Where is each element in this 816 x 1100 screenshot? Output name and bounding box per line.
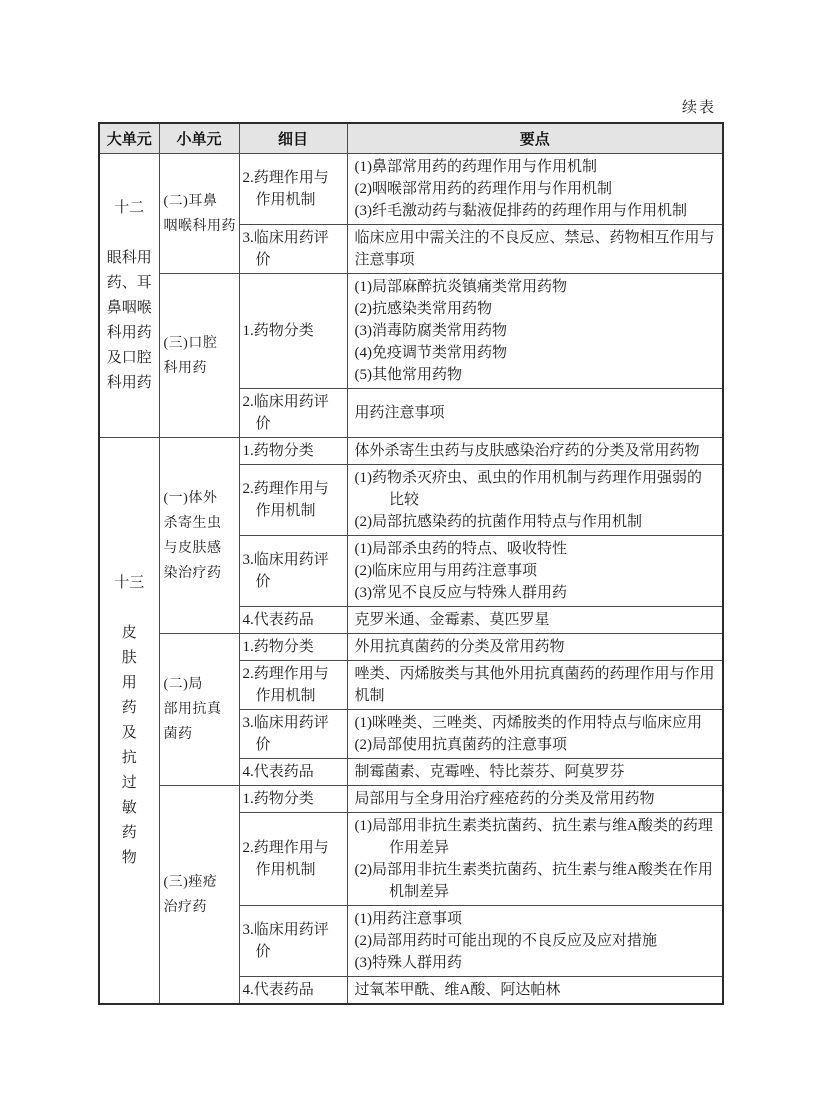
detail-cell: 3.临床用药评价: [239, 906, 347, 977]
point-line: 克罗米通、金霉素、莫匹罗星: [355, 609, 716, 631]
major-unit-cell: 十二 眼科用 药、耳 鼻咽喉 科用药 及口腔 科用药: [99, 154, 159, 438]
subsection-cell: (二)局 部用抗真 菌药: [159, 634, 239, 786]
points-cell: (1)局部用非抗生素类抗菌药、抗生素与维A酸类的药理作用差异(2)局部用非抗生素…: [347, 813, 723, 906]
header-row: 大单元 小单元 细目 要点: [99, 123, 723, 154]
point-line: (1)咪唑类、三唑类、丙烯胺类的作用特点与临床应用: [355, 712, 716, 734]
table-row: (三)口腔 科用药1.药物分类(1)局部麻醉抗炎镇痛类常用药物(2)抗感染类常用…: [99, 274, 723, 389]
point-line: (2)局部使用抗真菌药的注意事项: [355, 734, 716, 756]
point-line: (2)临床应用与用药注意事项: [355, 560, 716, 582]
points-cell: 临床应用中需关注的不良反应、禁忌、药物相互作用与注意事项: [347, 225, 723, 274]
major-unit-cell: 十三 皮 肤 用 药 及 抗 过 敏 药 物: [99, 438, 159, 1005]
point-line: 外用抗真菌药的分类及常用药物: [355, 636, 716, 658]
detail-text: 2.药理作用与作用机制: [243, 837, 344, 881]
detail-cell: 4.代表药品: [239, 759, 347, 786]
document-page: 续表 大单元 小单元 细目 要点 十二 眼科用 药、耳 鼻咽喉 科用药 及口腔 …: [0, 0, 816, 1100]
detail-cell: 2.药理作用与作用机制: [239, 813, 347, 906]
points-cell: (1)局部麻醉抗炎镇痛类常用药物(2)抗感染类常用药物(3)消毒防腐类常用药物(…: [347, 274, 723, 389]
point-line: (2)局部用药时可能出现的不良反应及应对措施: [355, 930, 716, 952]
points-cell: (1)鼻部常用药的药理作用与作用机制(2)咽喉部常用药的药理作用与作用机制(3)…: [347, 154, 723, 225]
point-line: (3)特殊人群用药: [355, 952, 716, 974]
detail-cell: 3.临床用药评价: [239, 710, 347, 759]
detail-text: 2.药理作用与作用机制: [243, 663, 344, 707]
detail-cell: 2.药理作用与作用机制: [239, 465, 347, 536]
table-header: 大单元 小单元 细目 要点: [99, 123, 723, 154]
detail-text: 2.药理作用与作用机制: [243, 478, 344, 522]
detail-cell: 1.药物分类: [239, 438, 347, 465]
detail-cell: 4.代表药品: [239, 977, 347, 1005]
point-line: (1)药物杀灭疥虫、虱虫的作用机制与药理作用强弱的比较: [355, 467, 716, 511]
detail-text: 3.临床用药评价: [243, 227, 344, 271]
detail-cell: 1.药物分类: [239, 634, 347, 661]
point-line: 唑类、丙烯胺类与其他外用抗真菌药的药理作用与作用机制: [355, 663, 716, 707]
points-cell: 体外杀寄生虫药与皮肤感染治疗药的分类及常用药物: [347, 438, 723, 465]
point-line: (2)咽喉部常用药的药理作用与作用机制: [355, 178, 716, 200]
col-header-minor-unit: 小单元: [159, 123, 239, 154]
points-cell: 用药注意事项: [347, 389, 723, 438]
points-cell: 克罗米通、金霉素、莫匹罗星: [347, 607, 723, 634]
point-line: (3)常见不良反应与特殊人群用药: [355, 582, 716, 604]
points-cell: (1)局部杀虫药的特点、吸收特性(2)临床应用与用药注意事项(3)常见不良反应与…: [347, 536, 723, 607]
detail-text: 3.临床用药评价: [243, 712, 344, 756]
col-header-detail: 细目: [239, 123, 347, 154]
points-cell: 制霉菌素、克霉唑、特比萘芬、阿莫罗芬: [347, 759, 723, 786]
points-cell: (1)咪唑类、三唑类、丙烯胺类的作用特点与临床应用(2)局部使用抗真菌药的注意事…: [347, 710, 723, 759]
detail-text: 4.代表药品: [243, 761, 344, 783]
point-line: (2)抗感染类常用药物: [355, 298, 716, 320]
table-row: 十三 皮 肤 用 药 及 抗 过 敏 药 物(一)体外 杀寄生虫 与皮肤感 染治…: [99, 438, 723, 465]
table-row: 十二 眼科用 药、耳 鼻咽喉 科用药 及口腔 科用药(二)耳鼻 咽喉科用药2.药…: [99, 154, 723, 225]
detail-cell: 2.药理作用与作用机制: [239, 154, 347, 225]
point-line: 过氧苯甲酰、维A酸、阿达帕林: [355, 979, 716, 1001]
points-cell: 过氧苯甲酰、维A酸、阿达帕林: [347, 977, 723, 1005]
detail-text: 1.药物分类: [243, 440, 344, 462]
points-cell: 局部用与全身用治疗痤疮药的分类及常用药物: [347, 786, 723, 813]
syllabus-table: 大单元 小单元 细目 要点 十二 眼科用 药、耳 鼻咽喉 科用药 及口腔 科用药…: [98, 122, 724, 1005]
subsection-cell: (三)口腔 科用药: [159, 274, 239, 438]
detail-text: 3.临床用药评价: [243, 549, 344, 593]
detail-cell: 2.药理作用与作用机制: [239, 661, 347, 710]
subsection-cell: (二)耳鼻 咽喉科用药: [159, 154, 239, 274]
col-header-points: 要点: [347, 123, 723, 154]
detail-text: 4.代表药品: [243, 609, 344, 631]
detail-text: 4.代表药品: [243, 979, 344, 1001]
detail-cell: 1.药物分类: [239, 786, 347, 813]
table-body: 十二 眼科用 药、耳 鼻咽喉 科用药 及口腔 科用药(二)耳鼻 咽喉科用药2.药…: [99, 154, 723, 1005]
point-line: 局部用与全身用治疗痤疮药的分类及常用药物: [355, 788, 716, 810]
detail-text: 2.药理作用与作用机制: [243, 167, 344, 211]
detail-text: 2.临床用药评价: [243, 391, 344, 435]
point-line: (1)用药注意事项: [355, 908, 716, 930]
continued-table-label: 续表: [682, 96, 716, 117]
detail-cell: 3.临床用药评价: [239, 536, 347, 607]
point-line: 制霉菌素、克霉唑、特比萘芬、阿莫罗芬: [355, 761, 716, 783]
points-cell: (1)用药注意事项(2)局部用药时可能出现的不良反应及应对措施(3)特殊人群用药: [347, 906, 723, 977]
point-line: (1)鼻部常用药的药理作用与作用机制: [355, 156, 716, 178]
point-line: (2)局部用非抗生素类抗菌药、抗生素与维A酸类在作用机制差异: [355, 859, 716, 903]
detail-cell: 3.临床用药评价: [239, 225, 347, 274]
detail-text: 1.药物分类: [243, 788, 344, 810]
point-line: 用药注意事项: [355, 402, 716, 424]
detail-text: 1.药物分类: [243, 320, 344, 342]
subsection-cell: (一)体外 杀寄生虫 与皮肤感 染治疗药: [159, 438, 239, 634]
subsection-cell: (三)痤疮 治疗药: [159, 786, 239, 1005]
detail-cell: 2.临床用药评价: [239, 389, 347, 438]
point-line: 临床应用中需关注的不良反应、禁忌、药物相互作用与注意事项: [355, 227, 716, 271]
detail-text: 3.临床用药评价: [243, 919, 344, 963]
col-header-major-unit: 大单元: [99, 123, 159, 154]
point-line: (4)免疫调节类常用药物: [355, 342, 716, 364]
points-cell: (1)药物杀灭疥虫、虱虫的作用机制与药理作用强弱的比较(2)局部抗感染药的抗菌作…: [347, 465, 723, 536]
point-line: (1)局部用非抗生素类抗菌药、抗生素与维A酸类的药理作用差异: [355, 815, 716, 859]
points-cell: 外用抗真菌药的分类及常用药物: [347, 634, 723, 661]
point-line: (1)局部麻醉抗炎镇痛类常用药物: [355, 276, 716, 298]
table-row: (三)痤疮 治疗药1.药物分类局部用与全身用治疗痤疮药的分类及常用药物: [99, 786, 723, 813]
point-line: (5)其他常用药物: [355, 364, 716, 386]
detail-text: 1.药物分类: [243, 636, 344, 658]
point-line: 体外杀寄生虫药与皮肤感染治疗药的分类及常用药物: [355, 440, 716, 462]
point-line: (2)局部抗感染药的抗菌作用特点与作用机制: [355, 511, 716, 533]
point-line: (3)消毒防腐类常用药物: [355, 320, 716, 342]
point-line: (1)局部杀虫药的特点、吸收特性: [355, 538, 716, 560]
table-row: (二)局 部用抗真 菌药1.药物分类外用抗真菌药的分类及常用药物: [99, 634, 723, 661]
detail-cell: 4.代表药品: [239, 607, 347, 634]
points-cell: 唑类、丙烯胺类与其他外用抗真菌药的药理作用与作用机制: [347, 661, 723, 710]
point-line: (3)纤毛激动药与黏液促排药的药理作用与作用机制: [355, 200, 716, 222]
detail-cell: 1.药物分类: [239, 274, 347, 389]
